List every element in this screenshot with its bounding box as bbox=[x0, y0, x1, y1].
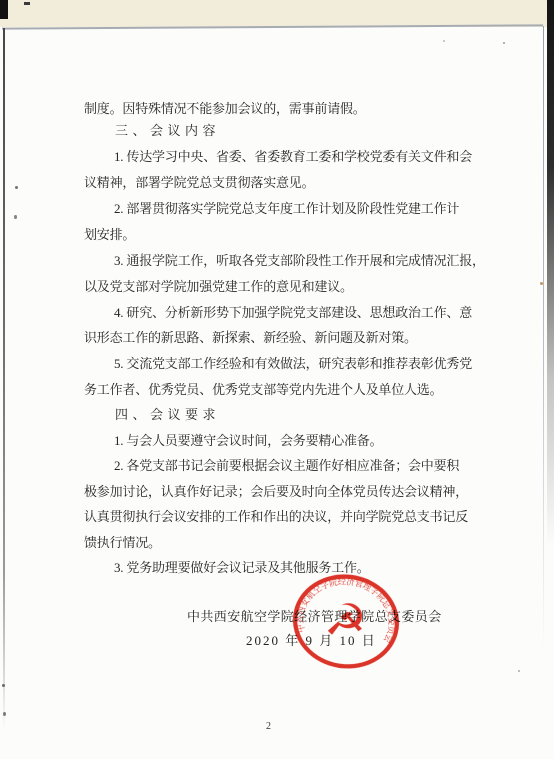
section-heading: 四、会议要求 bbox=[115, 408, 220, 422]
page-right-edge bbox=[543, 26, 544, 759]
body-line: 识形态工作的新思路、新探索、新经验、新问题及新对策。 bbox=[84, 331, 417, 345]
scan-speck bbox=[443, 40, 445, 42]
body-line: 务工作者、优秀党员、优秀党支部等党内先进个人及单位人选。 bbox=[84, 383, 442, 397]
scan-edge-mark bbox=[24, 2, 30, 5]
scan-right-shadow bbox=[547, 0, 554, 759]
body-line: 划安排。 bbox=[84, 228, 135, 242]
scan-speck bbox=[14, 215, 17, 219]
body-line: 4. 研究、分析新形势下加强学院党支部建设、思想政治工作、意 bbox=[114, 306, 472, 320]
official-seal: 中共西安航空学院经济管理学院总支委员会 ☭ bbox=[284, 565, 409, 679]
scanned-document-page: 制度。因特殊情况不能参加会议的，需事前请假。 三、会议内容 1. 传达学习中央、… bbox=[0, 0, 554, 759]
body-line: 1. 传达学习中央、省委、省委教育工委和学校党委有关文件和会 bbox=[114, 150, 472, 164]
page-left-edge bbox=[3, 28, 5, 753]
scan-speck bbox=[540, 282, 543, 285]
scan-speck bbox=[15, 186, 18, 189]
body-line: 制度。因特殊情况不能参加会议的，需事前请假。 bbox=[84, 102, 366, 116]
scanner-background-strip bbox=[0, 0, 554, 27]
body-line: 以及党支部对学院加强党建工作的意见和建议。 bbox=[84, 280, 353, 294]
body-line: 2. 部署贯彻落实学院党总支年度工作计划及阶段性党建工作计 bbox=[114, 202, 459, 216]
body-line: 1. 与会人员要遵守会议时间，会务要精心准备。 bbox=[114, 434, 382, 448]
scan-speck bbox=[503, 42, 505, 44]
body-line: 馈执行情况。 bbox=[84, 536, 161, 550]
scan-speck bbox=[2, 684, 5, 687]
scan-speck bbox=[518, 670, 520, 672]
body-line: 议精神，部署学院党总支贯彻落实意见。 bbox=[84, 176, 314, 190]
body-line: 3. 通报学院工作，听取各党支部阶段性工作开展和完成情况汇报， bbox=[114, 254, 485, 268]
body-line: 5. 交流党支部工作经验和有效做法，研究表彰和推荐表彰优秀党 bbox=[114, 357, 472, 371]
scan-corner-mark bbox=[0, 0, 8, 19]
body-line: 认真贯彻执行会议安排的工作和作出的决议，并向学院党总支书记反 bbox=[84, 510, 468, 524]
scan-speck bbox=[3, 712, 6, 716]
body-line: 极参加讨论，认真作好记录；会后要及时向全体党员传达会议精神， bbox=[84, 485, 468, 499]
party-emblem-icon: ☭ bbox=[322, 591, 370, 650]
page-number: 2 bbox=[266, 721, 271, 732]
section-heading: 三、会议内容 bbox=[115, 124, 220, 138]
body-line: 2. 各党支部书记会前要根据会议主题作好相应准备；会中要积 bbox=[114, 459, 459, 473]
